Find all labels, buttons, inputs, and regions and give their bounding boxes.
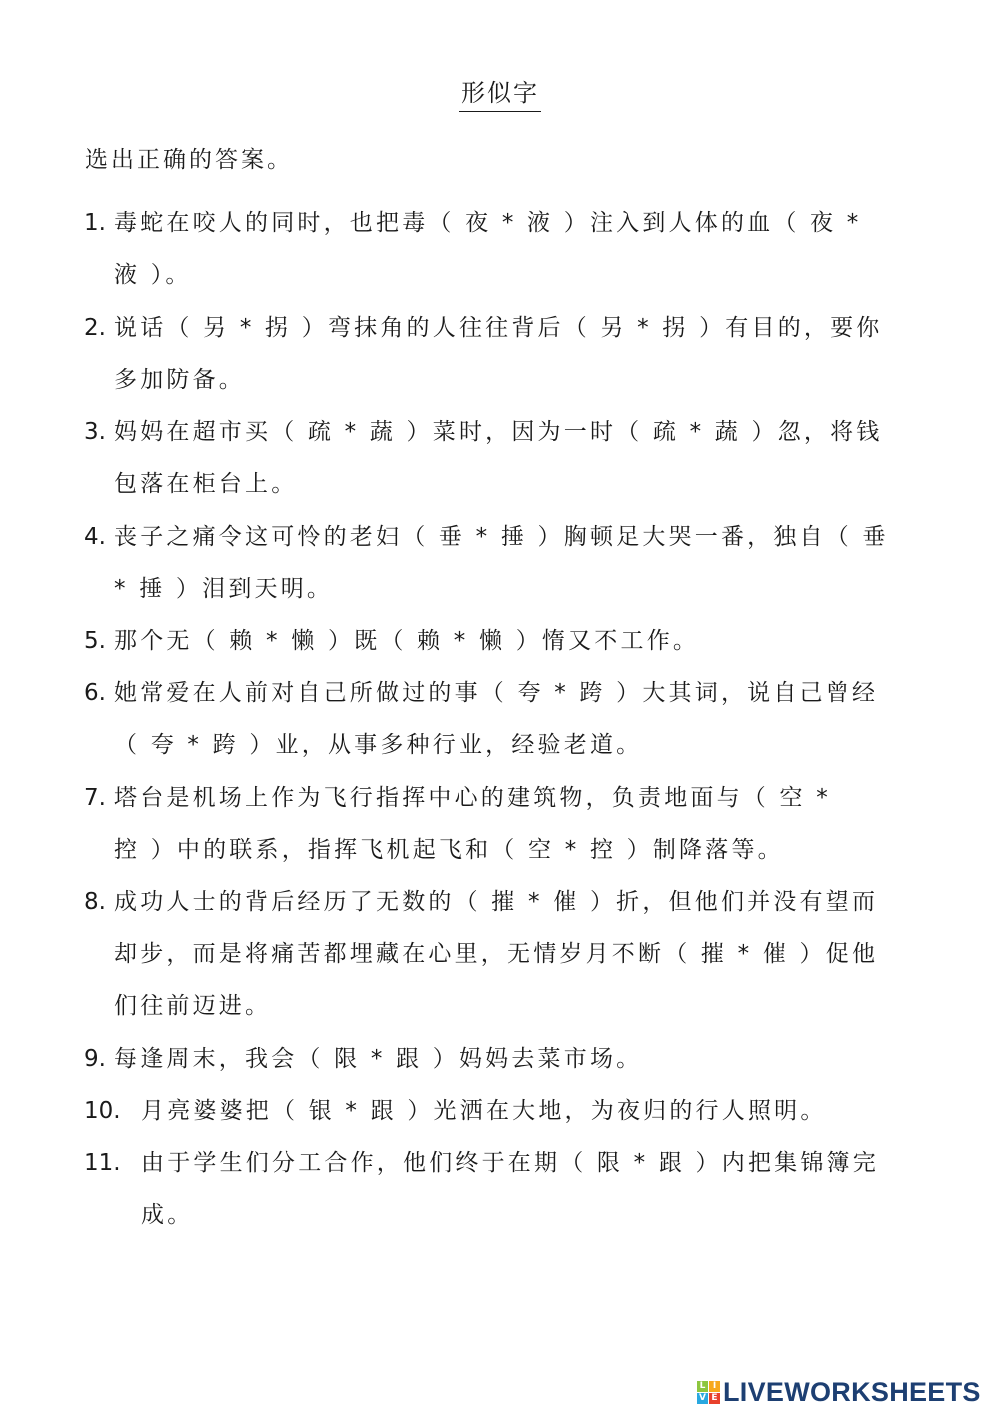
question-line: 4.丧子之痛令这可怜的老妇（ 垂 * 捶 ）胸顿足大哭一番，独自（ 垂 bbox=[84, 511, 934, 563]
logo-block-i: I bbox=[709, 1381, 720, 1392]
liveworksheets-logo[interactable]: L I V E LIVEWORKSHEETS bbox=[697, 1377, 981, 1407]
question-line: 8.成功人士的背后经历了无数的（ 摧 * 催 ）折，但他们并没有望而 bbox=[84, 876, 934, 928]
question-text: 毒蛇在咬人的同时，也把毒（ 夜 * 液 ）注入到人体的血（ 夜 * bbox=[114, 210, 861, 236]
logo-block-v: V bbox=[697, 1393, 708, 1404]
question-text: * 捶 ）泪到天明。 bbox=[114, 576, 333, 602]
question-3: 3.妈妈在超市买（ 疏 * 蔬 ）菜时，因为一时（ 疏 * 蔬 ）忽，将钱 包落… bbox=[84, 406, 934, 510]
question-text: 妈妈在超市买（ 疏 * 蔬 ）菜时，因为一时（ 疏 * 蔬 ）忽，将钱 bbox=[114, 419, 883, 445]
question-line: 液 ）。 bbox=[84, 249, 934, 301]
question-number: 3. bbox=[84, 406, 114, 458]
question-line: 11.由于学生们分工合作，他们终于在期（ 限 * 跟 ）内把集锦簿完 bbox=[84, 1137, 934, 1189]
question-line: 多加防备。 bbox=[84, 354, 934, 406]
question-text: 多加防备。 bbox=[114, 367, 245, 393]
question-line: （ 夸 * 跨 ）业，从事多种行业，经验老道。 bbox=[84, 719, 934, 771]
question-10: 10.月亮婆婆把（ 银 * 跟 ）光洒在大地，为夜归的行人照明。 bbox=[84, 1085, 934, 1137]
question-line: 们往前迈进。 bbox=[84, 980, 934, 1032]
question-line: 5.那个无（ 赖 * 懒 ）既（ 赖 * 懒 ）惰又不工作。 bbox=[84, 615, 934, 667]
question-text: 说话（ 另 * 拐 ）弯抹角的人往往背后（ 另 * 拐 ）有目的，要你 bbox=[114, 315, 883, 341]
question-line: 包落在柜台上。 bbox=[84, 458, 934, 510]
question-6: 6.她常爱在人前对自己所做过的事（ 夸 * 跨 ）大其词，说自己曾经 （ 夸 *… bbox=[84, 667, 934, 771]
question-1: 1.毒蛇在咬人的同时，也把毒（ 夜 * 液 ）注入到人体的血（ 夜 * 液 ）。 bbox=[84, 197, 934, 301]
question-text: 成功人士的背后经历了无数的（ 摧 * 催 ）折，但他们并没有望而 bbox=[114, 889, 878, 915]
question-text: 她常爱在人前对自己所做过的事（ 夸 * 跨 ）大其词，说自己曾经 bbox=[114, 680, 878, 706]
question-text: （ 夸 * 跨 ）业，从事多种行业，经验老道。 bbox=[114, 732, 642, 758]
question-text: 包落在柜台上。 bbox=[114, 471, 297, 497]
question-number: 7. bbox=[84, 772, 114, 824]
question-number: 1. bbox=[84, 197, 114, 249]
question-text: 每逢周末，我会（ 限 * 跟 ）妈妈去菜市场。 bbox=[114, 1046, 642, 1072]
question-text: 却步，而是将痛苦都埋藏在心里，无情岁月不断（ 摧 * 催 ）促他 bbox=[114, 941, 878, 967]
question-number: 11. bbox=[84, 1137, 141, 1189]
question-line: 3.妈妈在超市买（ 疏 * 蔬 ）菜时，因为一时（ 疏 * 蔬 ）忽，将钱 bbox=[84, 406, 934, 458]
logo-block-e: E bbox=[709, 1393, 720, 1404]
logo-wordmark: LIVEWORKSHEETS bbox=[723, 1377, 981, 1407]
question-5: 5.那个无（ 赖 * 懒 ）既（ 赖 * 懒 ）惰又不工作。 bbox=[84, 615, 934, 667]
question-number: 10. bbox=[84, 1085, 141, 1137]
question-line: 10.月亮婆婆把（ 银 * 跟 ）光洒在大地，为夜归的行人照明。 bbox=[84, 1085, 934, 1137]
question-line: 1.毒蛇在咬人的同时，也把毒（ 夜 * 液 ）注入到人体的血（ 夜 * bbox=[84, 197, 934, 249]
title-text: 形似字 bbox=[459, 76, 541, 112]
question-2: 2.说话（ 另 * 拐 ）弯抹角的人往往背后（ 另 * 拐 ）有目的，要你 多加… bbox=[84, 302, 934, 406]
question-text: 们往前迈进。 bbox=[114, 993, 271, 1019]
question-number: 2. bbox=[84, 302, 114, 354]
question-number: 5. bbox=[84, 615, 114, 667]
question-line: 却步，而是将痛苦都埋藏在心里，无情岁月不断（ 摧 * 催 ）促他 bbox=[84, 928, 934, 980]
question-text: 成。 bbox=[141, 1202, 193, 1228]
logo-block-l: L bbox=[697, 1381, 708, 1392]
question-text: 控 ）中的联系，指挥飞机起飞和（ 空 * 控 ）制降落等。 bbox=[114, 837, 784, 863]
question-line: 控 ）中的联系，指挥飞机起飞和（ 空 * 控 ）制降落等。 bbox=[84, 824, 934, 876]
question-number: 4. bbox=[84, 511, 114, 563]
question-number: 8. bbox=[84, 876, 114, 928]
question-number: 6. bbox=[84, 667, 114, 719]
worksheet-title: 形似字 bbox=[0, 76, 1000, 112]
question-9: 9.每逢周末，我会（ 限 * 跟 ）妈妈去菜市场。 bbox=[84, 1033, 934, 1085]
question-11: 11.由于学生们分工合作，他们终于在期（ 限 * 跟 ）内把集锦簿完 成。 bbox=[84, 1137, 934, 1241]
question-8: 8.成功人士的背后经历了无数的（ 摧 * 催 ）折，但他们并没有望而 却步，而是… bbox=[84, 876, 934, 1032]
instruction-text: 选出正确的答案。 bbox=[85, 143, 293, 177]
question-text: 液 ）。 bbox=[114, 262, 192, 288]
question-4: 4.丧子之痛令这可怜的老妇（ 垂 * 捶 ）胸顿足大哭一番，独自（ 垂 * 捶 … bbox=[84, 511, 934, 615]
question-text: 由于学生们分工合作，他们终于在期（ 限 * 跟 ）内把集锦簿完 bbox=[141, 1150, 879, 1176]
question-line: * 捶 ）泪到天明。 bbox=[84, 563, 934, 615]
live-blocks-icon: L I V E bbox=[697, 1381, 720, 1404]
question-line: 7.塔台是机场上作为飞行指挥中心的建筑物，负责地面与（ 空 * bbox=[84, 772, 934, 824]
question-line: 9.每逢周末，我会（ 限 * 跟 ）妈妈去菜市场。 bbox=[84, 1033, 934, 1085]
question-text: 塔台是机场上作为飞行指挥中心的建筑物，负责地面与（ 空 * bbox=[114, 785, 831, 811]
question-line: 6.她常爱在人前对自己所做过的事（ 夸 * 跨 ）大其词，说自己曾经 bbox=[84, 667, 934, 719]
question-text: 那个无（ 赖 * 懒 ）既（ 赖 * 懒 ）惰又不工作。 bbox=[114, 628, 699, 654]
question-line: 成。 bbox=[84, 1189, 934, 1241]
question-number: 9. bbox=[84, 1033, 114, 1085]
question-line: 2.说话（ 另 * 拐 ）弯抹角的人往往背后（ 另 * 拐 ）有目的，要你 bbox=[84, 302, 934, 354]
question-text: 月亮婆婆把（ 银 * 跟 ）光洒在大地，为夜归的行人照明。 bbox=[141, 1098, 827, 1124]
question-7: 7.塔台是机场上作为飞行指挥中心的建筑物，负责地面与（ 空 * 控 ）中的联系，… bbox=[84, 772, 934, 876]
worksheet-page: 形似字 选出正确的答案。 1.毒蛇在咬人的同时，也把毒（ 夜 * 液 ）注入到人… bbox=[0, 0, 1000, 1413]
question-text: 丧子之痛令这可怜的老妇（ 垂 * 捶 ）胸顿足大哭一番，独自（ 垂 bbox=[114, 524, 889, 550]
